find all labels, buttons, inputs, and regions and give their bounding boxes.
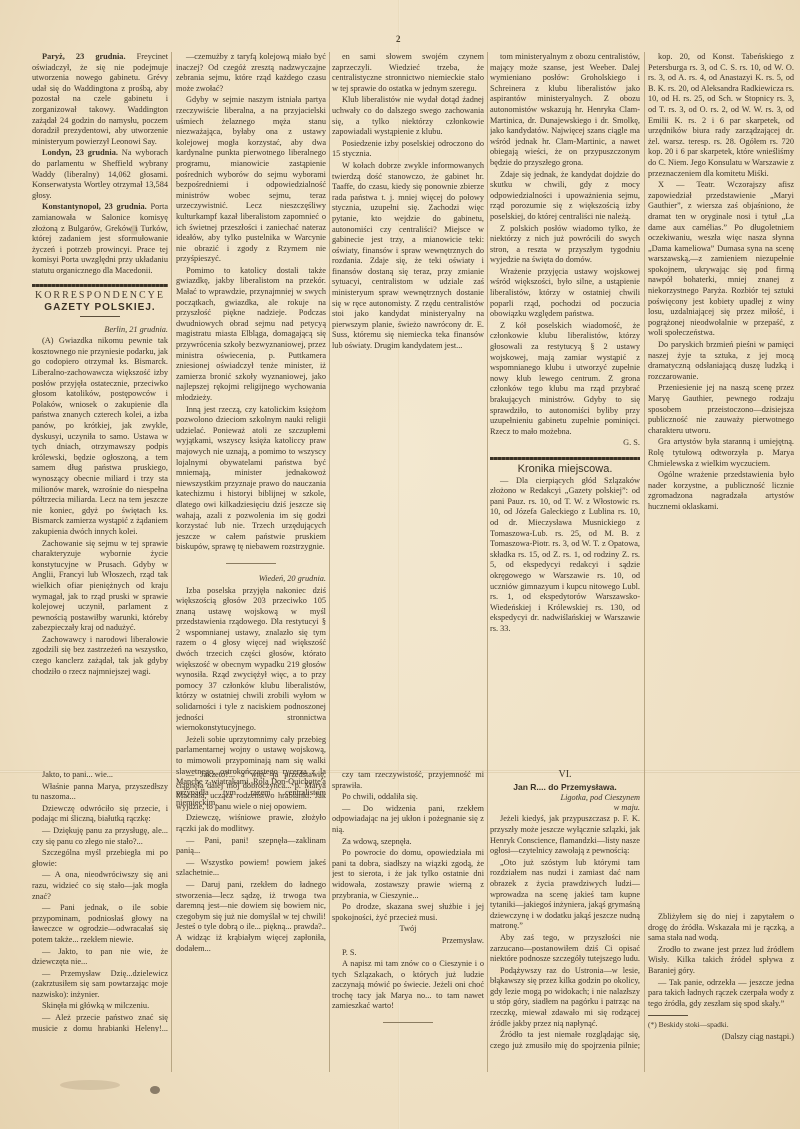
story-paragraph: Jakto, to pani... wie... [32,770,168,781]
story-paragraph: — Daruj pani, rzekłem do ładnego stworze… [176,880,326,954]
story-paragraph: — Jakżeto?... a więc ja przedstawię, cią… [176,770,326,812]
article-paragraph: Pomimo to katolicy dostali także gwiazdk… [176,266,326,404]
article-divider [226,563,276,564]
letter-date: w maju. [490,803,640,814]
article-paragraph: Ogólne wrażenie przedstawienia było nade… [648,470,794,512]
column-rule [329,52,330,1072]
article-paragraph: en sami słowem swojém czynem zaprzeczyli… [332,52,484,94]
newspaper-page: 2 Paryż, 23 grudnia. Freycinet oświadczy… [0,0,800,1129]
letter-closing: Twój [332,924,484,935]
article-signature: G. S. [490,438,640,449]
page-number: 2 [396,34,401,44]
story-paragraph: Po powrocie do domu, opowiedziała mi pan… [332,848,484,901]
kronika-donations: — Dla cierpiących głód Szlązaków złożono… [490,476,640,635]
letter-signature: Przemysław. [332,936,484,947]
article-paragraph: Gdyby w sejmie naszym istniała partya rz… [176,95,326,265]
story-paragraph: Źródło ta jest niemałe rozglądając się, … [490,1030,640,1052]
article-paragraph: Z polskich posłów wiadomo tylko, że niek… [490,224,640,266]
story-paragraph: Zbliżyłem się do niej i zapytałem o drog… [648,912,794,944]
story-paragraph: — Pani, pani! szepnęła—zaklinam panią... [176,836,326,857]
article-paragraph: Zachowawcy i narodowi liberałowie zgodzi… [32,635,168,677]
story-paragraph: — Do widzenia pani, rzekłem odpowiadając… [332,804,484,836]
donation-list: kop. 20, od Konst. Tabeńskiego z Petersb… [648,52,794,179]
column-rule [644,52,645,1072]
story-paragraph: Po drodze, skazana swej służbie i jej sp… [332,902,484,923]
feuilleton-end: Zbliżyłem się do niej i zapytałem o drog… [648,912,794,1044]
postscript-text: A napisz mi tam znów co o Cieszynie i o … [332,959,484,1012]
story-paragraph: — Wszystko powiem! powiem jakeś szlachet… [176,858,326,879]
chapter-number: VI. [490,770,640,781]
article-paragraph: Przeniesienie jej na naszą scenę przez M… [648,383,794,436]
article-paragraph: tom ministeryalnym z obozu centralistów,… [490,52,640,169]
article-paragraph: W kołach dobrze zwykle informowanych twi… [332,161,484,352]
story-paragraph: Jeżeli kiedyś, jak przypuszczasz p. F. K… [490,814,640,856]
theatre-review: X — Teatr. Wczorajszy afisz zapowiedział… [648,180,794,339]
article-paragraph: Zachowanie się sejmu w tej sprawie chara… [32,539,168,634]
column-4: tom ministeryalnym z obozu centralistów,… [490,52,640,1052]
end-divider [383,1022,433,1023]
column-2: —czemużby z taryfą kolejową miało być in… [176,52,326,1052]
letter-title: Jan R.... do Przemysława. [490,782,640,793]
article-paragraph: Wrażenie przyjęcia ustawy wojskowej wśró… [490,267,640,320]
story-paragraph: — Dziękuję panu za przysługę, ale... czy… [32,826,168,847]
column-rule [487,52,488,1072]
telegram-paris: Paryż, 23 grudnia. Freycinet oświadczył,… [32,52,168,147]
column-5: kop. 20, od Konst. Tabeńskiego z Petersb… [648,52,794,1052]
story-paragraph: Po chwili, oddaliła się. [332,792,484,803]
story-paragraph: Dziewczę odwróciło się przecie, i podają… [32,804,168,825]
paper-stain [60,1080,120,1090]
telegram-london: Londyn, 23 grudnia. Na wyborach do parla… [32,148,168,201]
footnote: (*) Beskidy stoki—spadki. [648,1020,794,1031]
footnote-rule [648,1015,688,1016]
dateline-berlin: Berlin, 21 grudnia. [32,325,168,336]
kronika-heading: Kronika miejscowa. [490,464,640,475]
story-paragraph: Skinęła mi główką w milczeniu. [32,1001,168,1012]
article-paragraph: Z kół poselskich wiadomość, że członkowi… [490,321,640,438]
story-paragraph: Dziewczę, wiśniowe prawie, złożyło rączk… [176,813,326,834]
feuilleton-story: czy tam rzeczywistość, przyjemność mi sp… [332,770,484,1033]
article-paragraph: Klub liberalistów nie wydał dotąd żadnej… [332,95,484,137]
section-divider [490,457,640,460]
story-paragraph: czy tam rzeczywistość, przyjemność mi sp… [332,770,484,791]
article-paragraph: Gra artystów była staranną i umiejętną. … [648,437,794,469]
article-paragraph: —czemużby z taryfą kolejową miało być in… [176,52,326,94]
article-paragraph: Posiedzenie izby poselskiej odroczono do… [332,139,484,160]
section-divider [32,284,168,287]
section-subheading: GAZETY POLSKIEJ. [32,303,168,314]
feuilleton-letter: VI. Jan R.... do Przemysława. Ligotka, p… [490,770,640,1052]
article-paragraph: Izba poselska przyjęła nakoniec dziś wię… [176,586,326,734]
paper-stain [150,1086,160,1094]
dateline-vienna: Wiedeń, 20 grudnia. [176,574,326,585]
telegram-constantinople: Konstantynopol, 23 grudnia. Porta zamian… [32,202,168,276]
section-heading: KORRESPONDENCYE [32,291,168,302]
continuation-note: (Dalszy ciąg nastąpi.) [648,1032,794,1043]
story-paragraph: — Ależ przecie państwo znać się musicie … [32,1013,168,1032]
story-paragraph: Właśnie panna Marya, przyszedłszy tu nas… [32,782,168,803]
story-paragraph: Aby zaś tego, w przyszłości nie zarzucan… [490,933,640,965]
feuilleton-story: — Jakżeto?... a więc ja przedstawię, cią… [176,770,326,955]
postscript-label: P. S. [332,948,484,959]
article-paragraph: Do paryskich brzmień pieśni w pamięci na… [648,340,794,382]
story-paragraph: — Pani jednak, o ile sobie przypominam, … [32,903,168,945]
story-paragraph: „Oto już szóstym lub którymi tam rozdzia… [490,858,640,932]
story-paragraph: Podążywszy raz do Ustronia—w lesie, błąk… [490,966,640,1030]
story-paragraph: — Tak panie, odrzekła — jeszcze jedna pa… [648,978,794,1010]
story-paragraph: — Przemysław Dzię...dzielewicz (zakrztus… [32,969,168,1001]
column-1: Paryż, 23 grudnia. Freycinet oświadczył,… [32,52,168,1032]
story-paragraph: Za wdową, szepnęła. [332,837,484,848]
article-paragraph: Zdaje się jednak, że kandydat dojdzie do… [490,170,640,223]
article-paragraph: (A) Gwiazdka nikomu pewnie tak kosztowne… [32,336,168,537]
story-paragraph: — Jakto, to pan nie wie, że dziewczęta n… [32,947,168,968]
article-paragraph: Inną jest rzeczą, czy katolickim księżom… [176,405,326,553]
story-paragraph: Zrodło to zwane jest przez lud źródłem W… [648,945,794,977]
heading-rule [80,316,120,317]
feuilleton-story: Jakto, to pani... wie... Właśnie panna M… [32,770,168,1032]
story-paragraph: — A ona, nieodwróciwszy się ani razu, wi… [32,870,168,902]
story-paragraph: Szczególna myśl przebiegła mi po głowie: [32,848,168,869]
column-rule [171,52,172,1072]
column-3: en sami słowem swojém czynem zaprzeczyli… [332,52,484,1052]
